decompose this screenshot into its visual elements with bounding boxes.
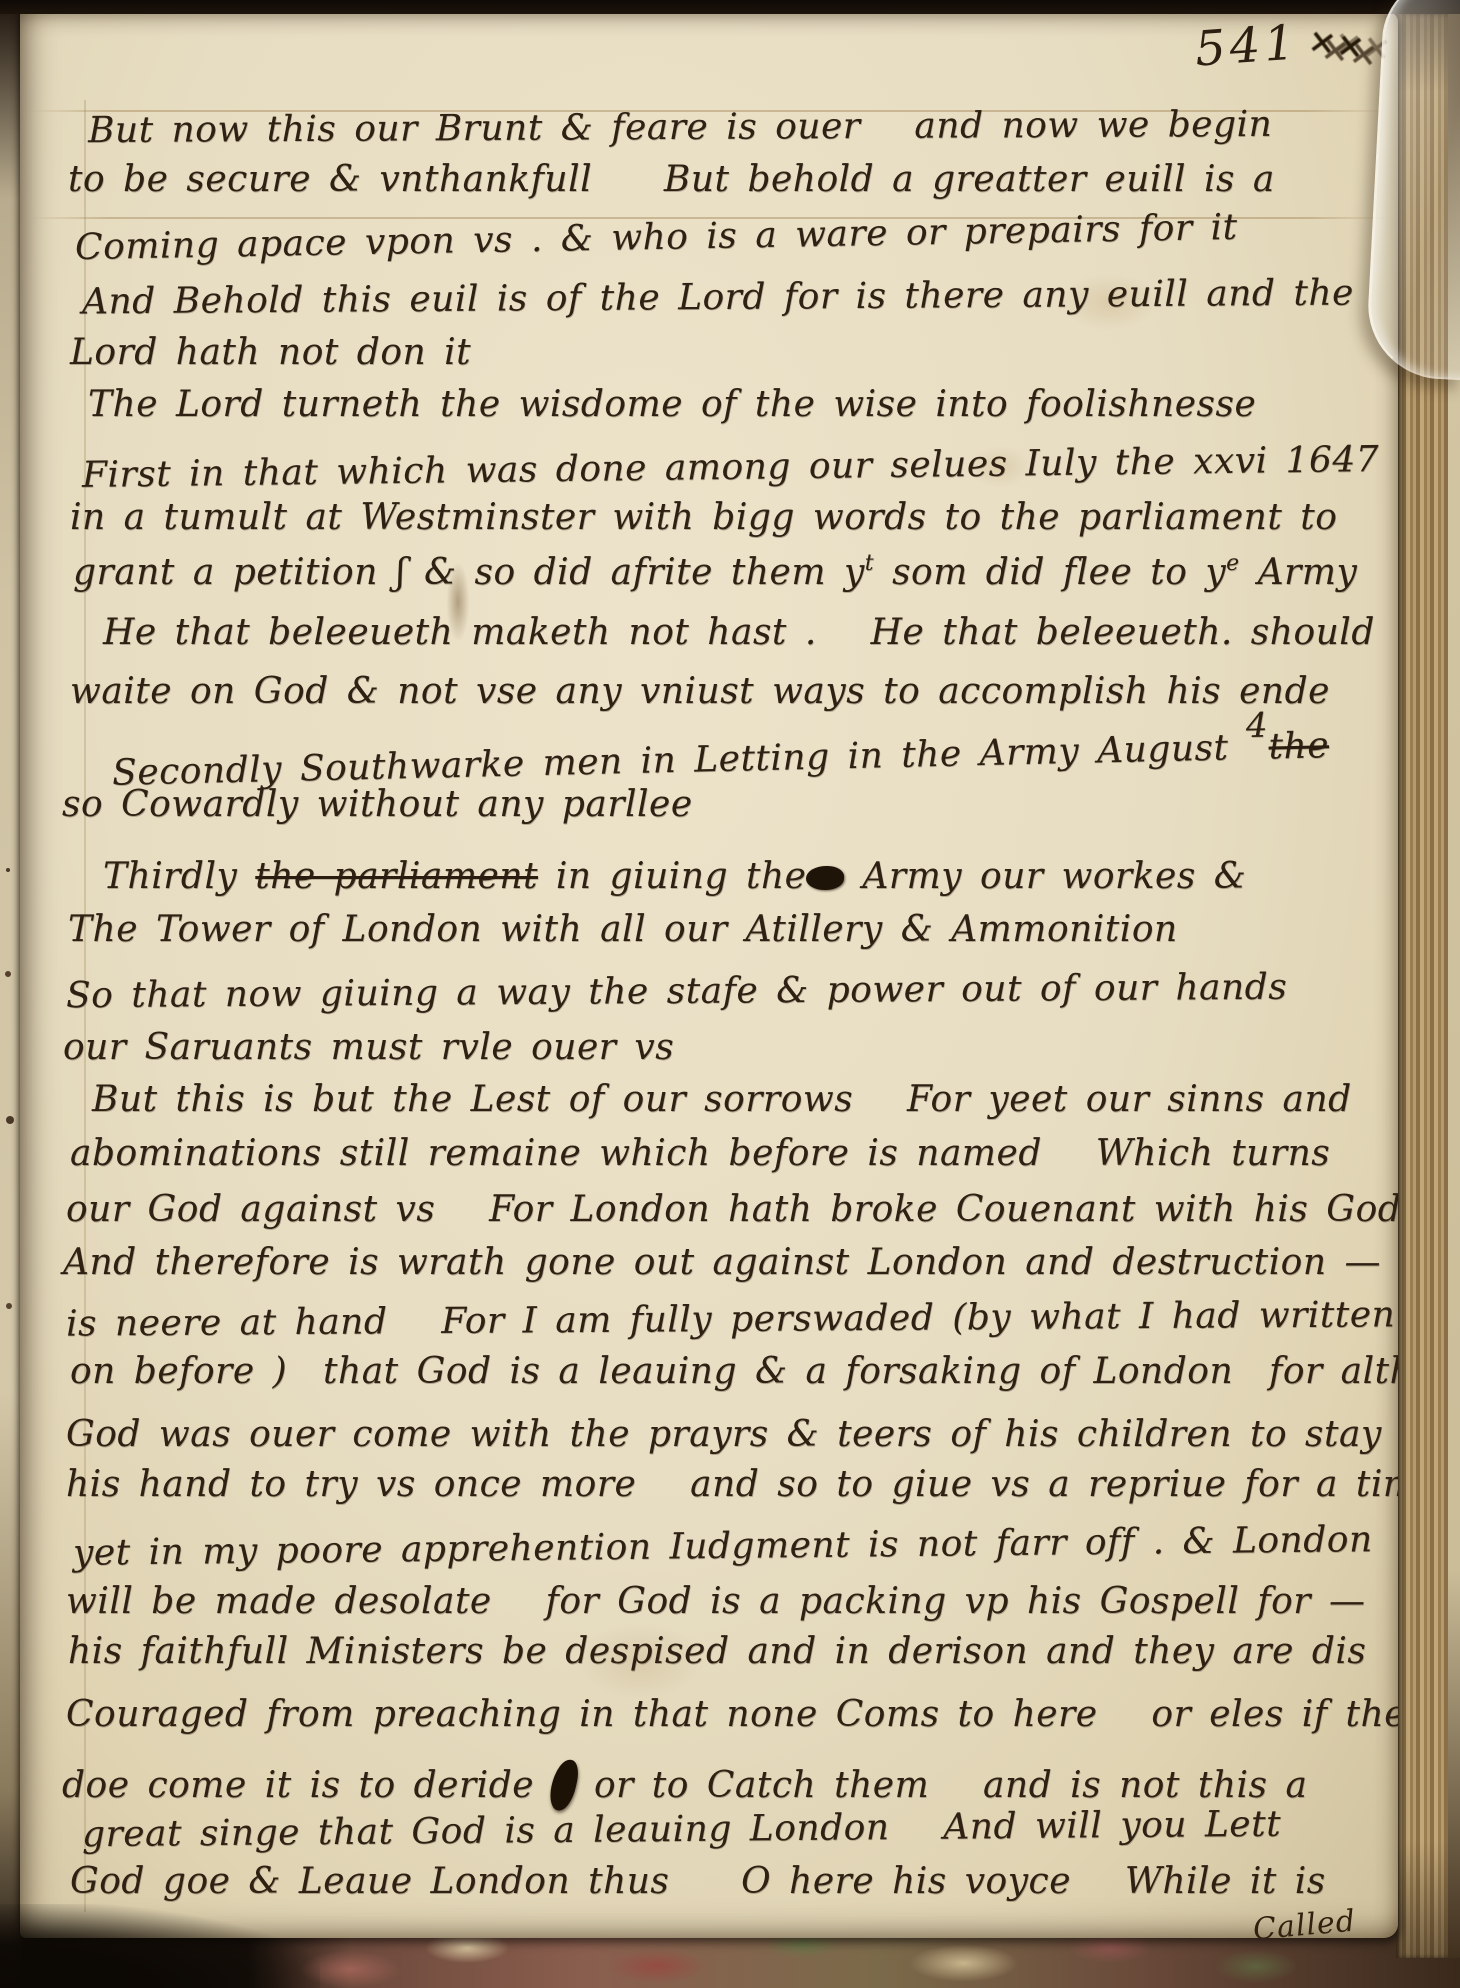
strikethrough-text: the parliament [255,856,538,897]
manuscript-line: Couraged from preaching in that none Com… [66,1695,1398,1735]
manuscript-text-block: But now this our Brunt & feare is ouer a… [20,12,1398,1938]
manuscript-line: The Lord turneth the wisdome of the wise… [88,385,1256,425]
manuscript-line: And therefore is wrath gone out against … [63,1243,1381,1283]
manuscript-line: will be made desolate for God is a packi… [66,1582,1365,1622]
manuscript-line: But now this our Brunt & feare is ouer a… [88,105,1272,151]
line-segment: Thirdly [103,856,255,897]
manuscript-line: doe come it is to deride or to Catch the… [62,1745,1307,1806]
manuscript-line: our God against vs For London hath broke… [66,1190,1398,1230]
manuscript-line: But this is but the Lest of our sorrows … [92,1080,1352,1120]
background-shadow [0,0,1460,14]
line-segment: som did flee to y [874,552,1226,593]
manuscript-line: is neere at hand For I am fully perswade… [66,1295,1396,1344]
line-segment: in giuing the [538,856,806,897]
background-shadow [0,1904,320,1988]
manuscript-line: his hand to try vs once more and so to g… [66,1465,1398,1505]
manuscript-line: God was ouer come with the prayrs & teer… [66,1415,1382,1455]
manuscript-line: He that beleeueth maketh not hast . He t… [103,613,1375,653]
line-segment: or to Catch them and is not this a [576,1765,1307,1806]
manuscript-line: God goe & Leaue London thus O here his v… [70,1862,1326,1902]
manuscript-line: great singe that God is a leauing London… [82,1805,1281,1855]
manuscript-line: on before ) that God is a leauing & a fo… [70,1352,1398,1392]
manuscript-line: The Tower of London with all our Atiller… [68,910,1178,950]
manuscript-line: And Behold this euil is of the Lord for … [82,274,1354,322]
manuscript-line: So that now giuing a way the stafe & pow… [66,968,1287,1016]
line-segment: grant a petition ʃ & so did afrite them … [73,552,865,593]
manuscript-line: waite on God & not vse any vniust ways t… [70,672,1330,712]
manuscript-line: First in that which was done among our s… [82,440,1380,495]
manuscript-line: Coming apace vpon vs . & who is a ware o… [75,208,1238,268]
line-segment: doe come it is to deride [62,1765,552,1806]
manuscript-line: his faithfull Ministers be despised and … [68,1632,1366,1672]
manuscript-line: to be secure & vnthankfull But behold a … [68,160,1275,200]
superscript-insertion: 4 [1246,708,1269,746]
manuscript-line: yet in my poore apprehention Iudgment is… [73,1520,1373,1573]
manuscript-line: so Cowardly without any parllee [62,785,693,825]
line-segment: Army [1240,552,1358,593]
manuscript-page: 541 ×× But now this our Brunt & feare is… [20,12,1398,1938]
manuscript-line: grant a petition ʃ & so did afrite them … [73,553,1357,593]
superscript-letter: e [1226,552,1240,576]
manuscript-line: our Saruants must rvle ouer vs [63,1028,674,1068]
line-segment: Army our workes & [844,856,1246,897]
ink-blot [806,866,844,890]
strikethrough-text: the [1268,725,1329,767]
show-through-ink-specks [6,868,10,872]
manuscript-line: in a tumult at Westminster with bigg wor… [70,498,1337,538]
manuscript-line: abominations still remaine which before … [70,1134,1330,1174]
manuscript-line: Thirdly the parliament in giuing the Arm… [103,857,1246,897]
manuscript-line: Lord hath not don it [70,333,471,373]
manuscript-photo: 541 ×× But now this our Brunt & feare is… [0,0,1460,1988]
facing-page-edge [0,0,22,1988]
superscript-letter: t [865,552,874,576]
